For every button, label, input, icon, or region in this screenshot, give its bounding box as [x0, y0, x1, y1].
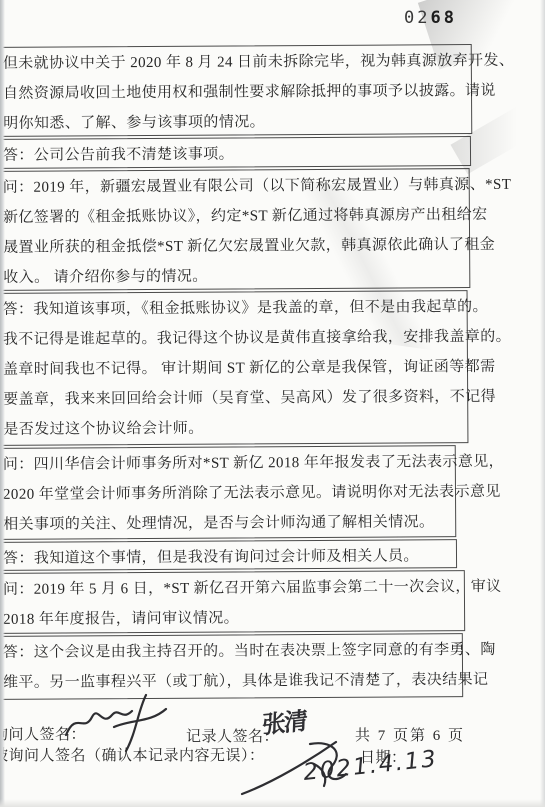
text-line: 答：公司公告前我不清楚该事项。	[1, 138, 470, 171]
qa-box-question: 问：2019 年，新疆宏晟置业有限公司（以下简称宏晟置业）与韩真源、*ST 新亿…	[0, 168, 470, 291]
text-line: 收入。 请介绍你参与的情况。	[1, 260, 469, 293]
text-line: 自然资源局收回土地使用权和强制性要求解除抵押的事项予以披露。请说	[1, 76, 471, 109]
text-line: 但未就协议中关于 2020 年 8 月 24 日前未拆除完毕，视为韩真源放弃开发…	[1, 46, 471, 79]
qa-box-answer: 答：这个会议是由我主持召开的。当时在表决票上签字同意的有李勇、陶 维平。另一监事…	[0, 633, 463, 700]
text-line: 问：2019 年，新疆宏晟置业有限公司（以下简称宏晟置业）与韩真源、*ST	[1, 170, 469, 203]
text-line: 答：我知道这个事情，但是我没有询问过会计师及相关人员。	[1, 541, 456, 574]
page-counter: 共 7 页第 6 页	[355, 724, 465, 745]
text-line: 明你知悉、了解、参与该事项的情况。	[1, 106, 471, 139]
qa-box-question-continued: 但未就协议中关于 2020 年 8 月 24 日前未拆除完毕，视为韩真源放弃开发…	[0, 44, 472, 137]
qa-box-answer: 答：公司公告前我不清楚该事项。	[0, 136, 471, 169]
text-line: 我不记得是谁起草的。我记得这个协议是黄伟直接拿给我，安排我盖章的。	[1, 322, 467, 355]
text-line: 新亿签署的《租金抵账协议》，约定*ST 新亿通过将韩真源房产出租给宏	[1, 200, 469, 233]
text-line: 问：2019 年 5 月 6 日，*ST 新亿召开第六届监事会第二十一次会议，审…	[1, 572, 464, 605]
qa-box-question: 问：2019 年 5 月 6 日，*ST 新亿召开第六届监事会第二十一次会议，审…	[0, 570, 465, 634]
text-line: 是否发过这个协议给会计师。	[1, 412, 467, 445]
date-label: 日期：	[360, 746, 407, 767]
qa-box-answer: 答：我知道这个事情，但是我没有询问过会计师及相关人员。	[0, 539, 457, 571]
text-line: 相关事项的关注、处理情况，是否与会计师沟通了解相关情况。	[1, 507, 455, 540]
scanner-edge-right	[540, 0, 545, 807]
scanner-edge-left	[0, 0, 5, 807]
text-line: 盖章时间我也不记得。 审计期间 ST 新亿的公章是我保管，询证函等都需	[1, 352, 467, 385]
qa-box-answer: 答：我知道该事项，《租金抵账协议》是我盖的章，但不是由我起草的。 我不记得是谁起…	[0, 290, 468, 446]
text-line: 2020 年堂堂会计师事务所消除了无法表示意见。请说明你对无法表示意见	[1, 477, 455, 510]
text-line: 晟置业所获的租金抵偿*ST 新亿欠宏晟置业欠款，韩真源依此确认了租金	[1, 230, 469, 263]
text-line: 答：这个会议是由我主持召开的。当时在表决票上签字同意的有李勇、陶	[1, 635, 462, 668]
qa-box-question: 问：四川华信会计师事务所对*ST 新亿 2018 年年报发表了无法表示意见， 2…	[0, 445, 456, 540]
page-number-stamp-suffix: 68	[430, 8, 456, 28]
scanned-inquiry-record-page: 0268 但未就协议中关于 2020 年 8 月 24 日前未拆除完毕，视为韩真…	[0, 0, 545, 807]
text-line: 2018 年年度报告，请问审议情况。	[1, 602, 464, 635]
page-number-stamp: 0268	[404, 8, 457, 28]
text-line: 问：四川华信会计师事务所对*ST 新亿 2018 年年报发表了无法表示意见，	[1, 447, 455, 480]
page-number-stamp-prefix: 02	[404, 8, 430, 28]
text-line: 要盖章，我来来回回给会计师（吴育堂、吴高风）发了很多资料，不记得	[1, 382, 467, 415]
scanner-edge-bottom	[0, 799, 545, 807]
text-line: 答：我知道该事项，《租金抵账协议》是我盖的章，但不是由我起草的。	[1, 292, 467, 325]
recorder-signature: 张清	[262, 701, 307, 741]
interviewee-signature-label: 被询问人签名（确认本记录内容无误）：	[0, 744, 265, 765]
